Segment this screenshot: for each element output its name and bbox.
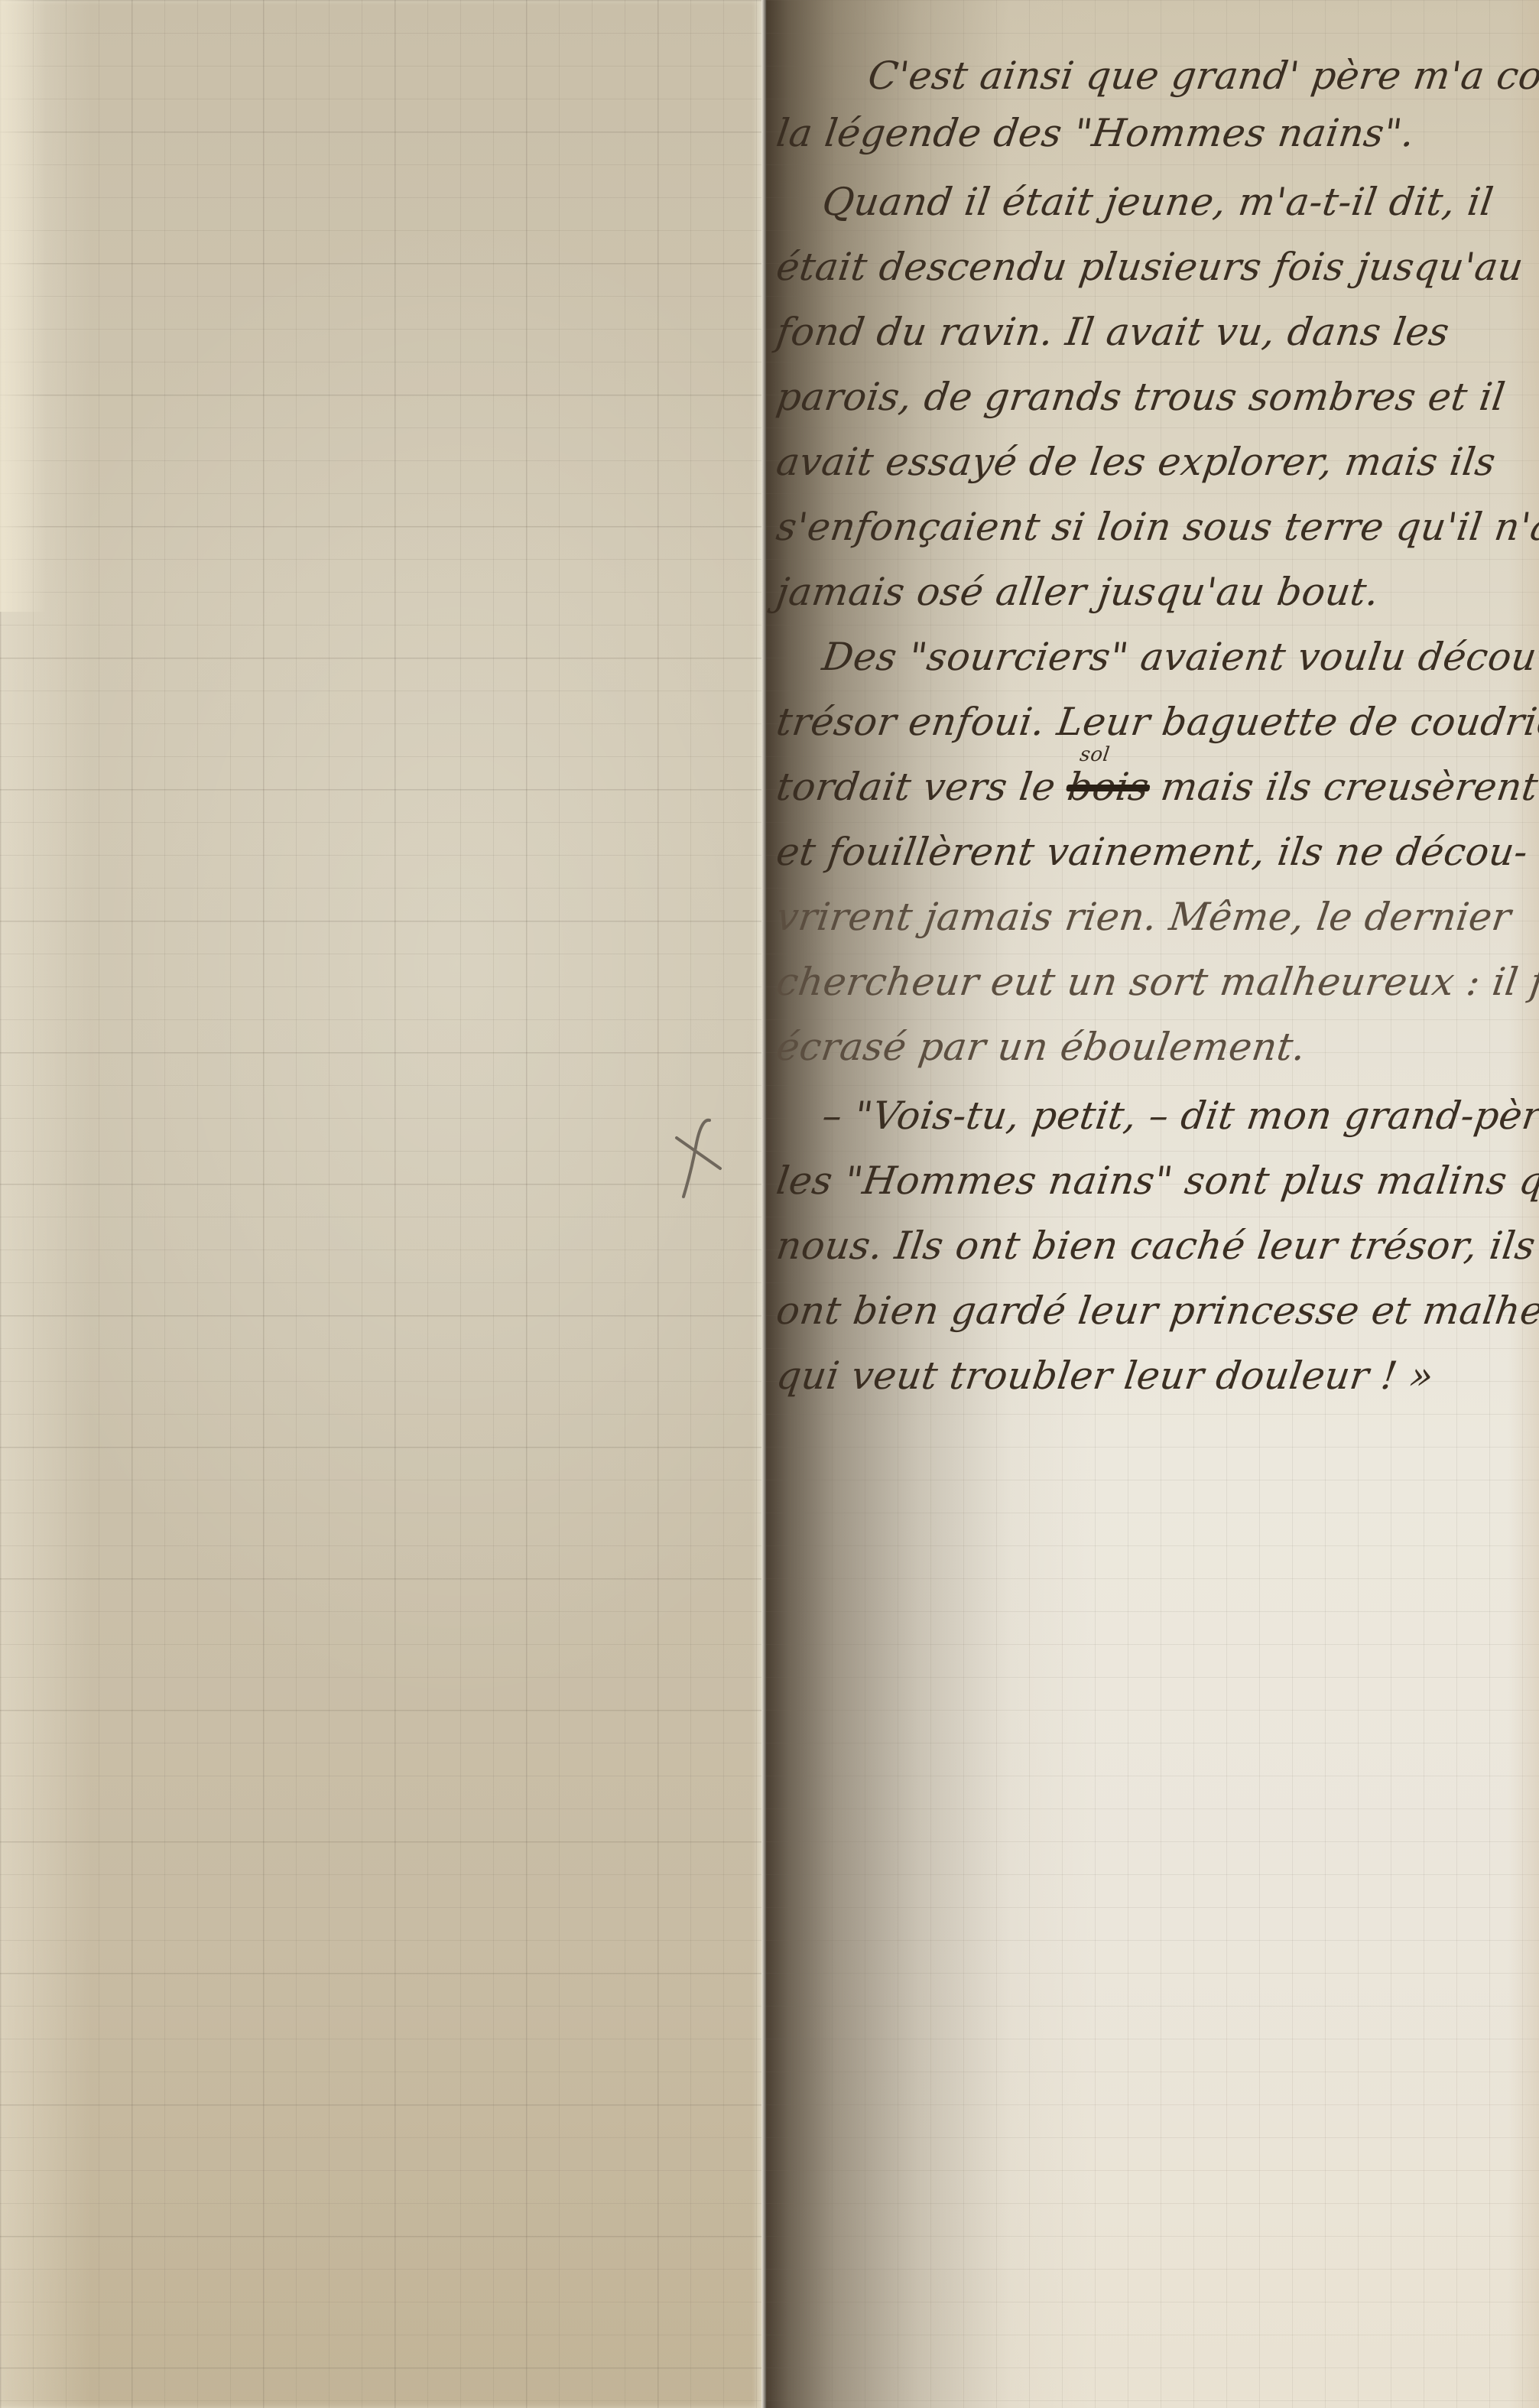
text-line: jamais osé aller jusqu'au bout. <box>774 570 1382 614</box>
text-line: trésor enfoui. Leur baguette de coudrier… <box>774 700 1539 744</box>
text-line: la légende des "Hommes nains". <box>774 111 1417 155</box>
text-line: nous. Ils ont bien caché leur trésor, il… <box>774 1223 1538 1268</box>
text-line: chercheur eut un sort malheureux : il fu… <box>774 960 1539 1004</box>
text-line: fond du ravin. Il avait vu, dans les <box>774 310 1452 354</box>
struck-word: solbois <box>1065 765 1152 809</box>
text-segment: mais ils creusèrent <box>1145 765 1539 809</box>
grid-ruling <box>766 0 1539 2408</box>
text-line: C'est ainsi que grand' père m'a conté <box>865 54 1539 98</box>
text-line: vrirent jamais rien. Même, le dernier <box>774 895 1514 939</box>
grid-ruling <box>0 0 761 2408</box>
text-line: les "Hommes nains" sont plus malins que <box>774 1159 1539 1203</box>
text-line: était descendu plusieurs fois jusqu'au <box>774 245 1526 289</box>
text-line: – "Vois-tu, petit, – dit mon grand-père <box>820 1094 1539 1138</box>
text-segment: tordait vers le <box>774 765 1071 809</box>
page-edge <box>1508 0 1539 2408</box>
left-page <box>0 0 761 2408</box>
pencil-x-mark-icon <box>673 1116 726 1201</box>
inserted-correction: sol <box>1079 743 1112 766</box>
text-line: parois, de grands trous sombres et il <box>774 375 1508 419</box>
text-line: ont bien gardé leur princesse et malheur… <box>774 1288 1539 1333</box>
right-page: C'est ainsi que grand' père m'a conté la… <box>766 0 1539 2408</box>
text-line: s'enfonçaient si loin sous terre qu'il n… <box>774 505 1539 549</box>
page-edge-highlight <box>0 0 46 612</box>
text-line: écrasé par un éboulement. <box>774 1025 1309 1069</box>
text-line: Quand il était jeune, m'a-t-il dit, il <box>820 180 1496 224</box>
notebook-spread: C'est ainsi que grand' père m'a conté la… <box>0 0 1539 2408</box>
text-line: Des "sourciers" avaient voulu découvrir … <box>820 635 1539 679</box>
text-line: qui veut troubler leur douleur ! » <box>774 1353 1437 1398</box>
text-line: avait essayé de les explorer, mais ils <box>774 440 1498 484</box>
grid-ruling-major <box>0 0 761 2408</box>
text-line: et fouillèrent vainement, ils ne décou- <box>774 830 1531 874</box>
struck-text: bois <box>1065 765 1152 809</box>
text-line-with-correction: tordait vers le solbois mais ils creusèr… <box>774 765 1539 809</box>
